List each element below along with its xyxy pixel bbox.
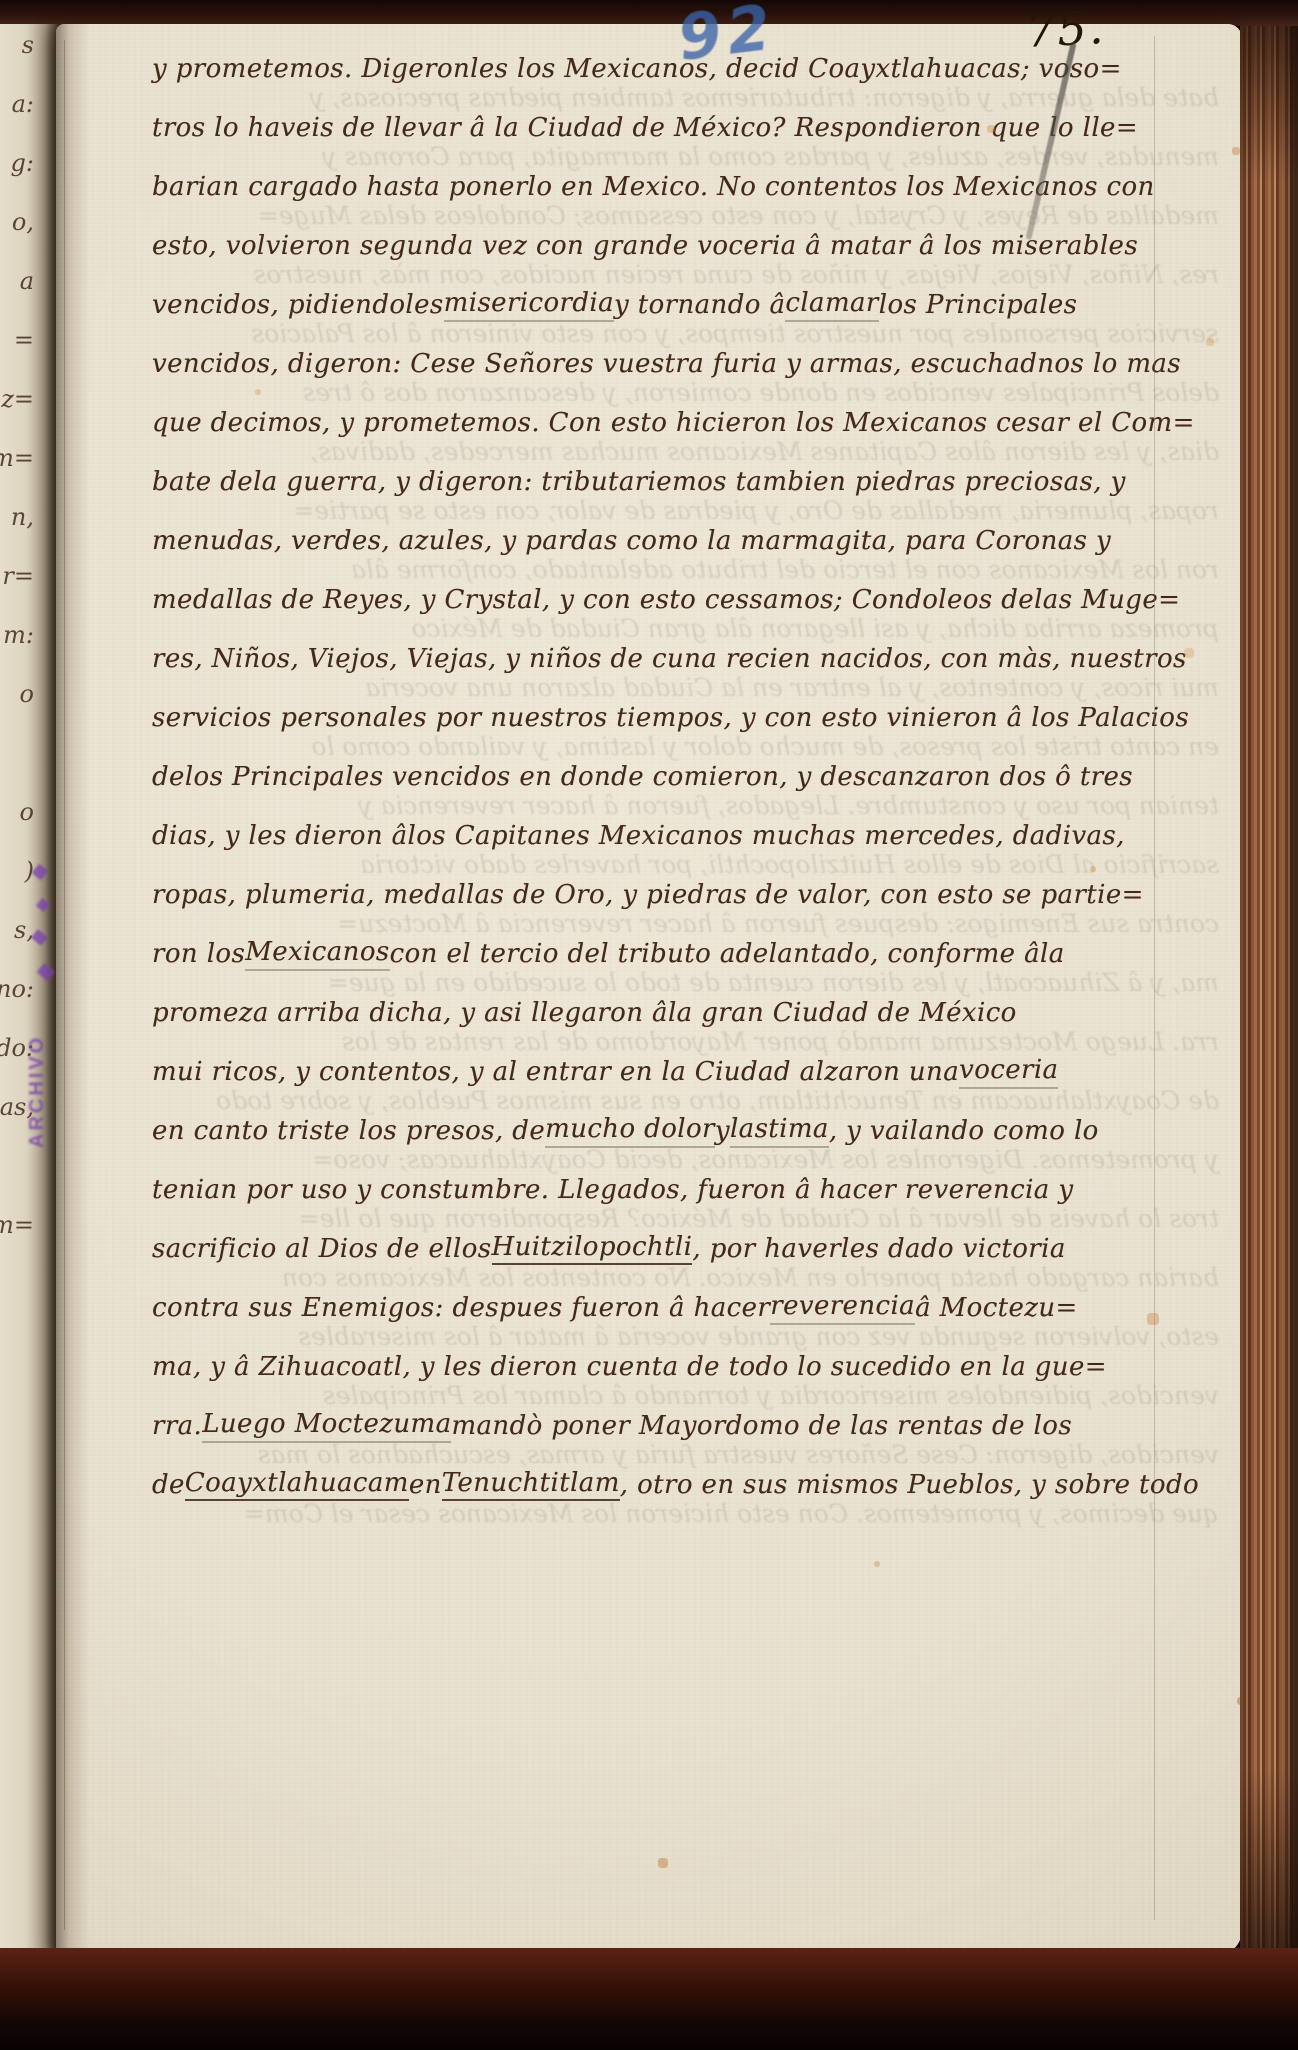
facing-page-fragment: m: — [0, 605, 36, 664]
manuscript-line: barian cargado hasta ponerlo en Mexico. … — [152, 157, 1237, 216]
facing-page-fragment: o — [0, 782, 36, 841]
fore-edge-shading — [1240, 26, 1298, 1962]
facing-page-fragment — [0, 1254, 36, 1313]
foxing-spots — [0, 0, 2, 2]
facing-page-fragment — [0, 1313, 36, 1372]
manuscript-line: sacrificio al Dios de ellos Huitzilopoch… — [152, 1219, 1237, 1278]
manuscript-line: vencidos, digeron: Cese Señores vuestra … — [152, 334, 1237, 393]
archive-stamp: ARCHIVO — [26, 998, 52, 1148]
manuscript-line: en canto triste los presos, de mucho dol… — [152, 1101, 1237, 1160]
manuscript-line: vencidos, pidiendoles misericordia y tor… — [152, 275, 1237, 334]
facing-page-fragment: s, — [0, 900, 36, 959]
manuscript-line: tros lo haveis de llevar â la Ciudad de … — [152, 98, 1237, 157]
manuscript-line: ropas, plumeria, medallas de Oro, y pied… — [152, 865, 1237, 924]
manuscript-line: menudas, verdes, azules, y pardas como l… — [152, 511, 1237, 570]
facing-page-fragment: a: — [0, 74, 36, 133]
manuscript-line: de Coayxtlahuacam en Tenuchtitlam, otro … — [152, 1455, 1237, 1514]
manuscript-line: servicios personales por nuestros tiempo… — [152, 688, 1237, 747]
manuscript-line: que decimos, y prometemos. Con esto hici… — [152, 393, 1237, 452]
facing-page-fragment: o — [0, 664, 36, 723]
manuscript-line: res, Niños, Viejos, Viejas, y niños de c… — [152, 629, 1237, 688]
manuscript-line: dias, y les dieron âlos Capitanes Mexica… — [152, 806, 1237, 865]
facing-page-fragment: m= — [0, 1195, 36, 1254]
manuscript-line: esto, volvieron segunda vez con grande v… — [152, 216, 1237, 275]
left-margin-rule — [64, 40, 65, 1930]
facing-page-fragment: o, — [0, 192, 36, 251]
facing-page-text-fragments: sa:g:o,a=z=m=n,r=m:oo)s,no:do:as,m= — [0, 15, 36, 1490]
manuscript-line: bate dela guerra, y digeron: tributariem… — [152, 452, 1237, 511]
facing-page-fragment: r= — [0, 546, 36, 605]
facing-page-fragment: m= — [0, 428, 36, 487]
manuscript-line: ron los Mexicanos con el tercio del trib… — [152, 924, 1237, 983]
manuscript-line: contra sus Enemigos: despues fueron â ha… — [152, 1278, 1237, 1337]
manuscript-line: medallas de Reyes, y Crystal, y con esto… — [152, 570, 1237, 629]
right-margin-rule — [1154, 36, 1155, 1920]
manuscript-scan: bate dela guerra, y digeron: tributariem… — [0, 0, 1298, 2050]
facing-page-fragment: ) — [0, 841, 36, 900]
facing-page-fragment: = — [0, 310, 36, 369]
facing-page-fragment: z= — [0, 369, 36, 428]
pencil-folio-number-blue: 92 — [674, 0, 780, 75]
handwritten-text-block: y prometemos. Digeronles los Mexicanos, … — [152, 39, 1237, 1514]
facing-page-fragment: a — [0, 251, 36, 310]
manuscript-page: bate dela guerra, y digeron: tributariem… — [56, 24, 1242, 1956]
facing-page-fragment — [0, 1372, 36, 1431]
manuscript-line: promeza arriba dicha, y asi llegaron âla… — [152, 983, 1237, 1042]
manuscript-line: mui ricos, y contentos, y al entrar en l… — [152, 1042, 1237, 1101]
facing-page-fragment: n, — [0, 487, 36, 546]
facing-page-fragment — [0, 1431, 36, 1490]
manuscript-line: delos Principales vencidos en donde comi… — [152, 747, 1237, 806]
gutter-shadow — [56, 24, 90, 1956]
facing-page-fragment — [0, 723, 36, 782]
manuscript-line: rra. Luego Moctezuma mandò poner Mayordo… — [152, 1396, 1237, 1455]
manuscript-line: ma, y â Zihuacoatl, y les dieron cuenta … — [152, 1337, 1237, 1396]
facing-page-fragment: s — [0, 15, 36, 74]
folio-number: 75. — [1025, 0, 1107, 58]
book-fore-edge — [1240, 26, 1298, 1962]
manuscript-line: tenian por uso y constumbre. Llegados, f… — [152, 1160, 1237, 1219]
facing-page-fragment: g: — [0, 133, 36, 192]
archive-stamp-marks — [32, 866, 52, 996]
book-binding-bottom — [0, 1948, 1298, 2050]
